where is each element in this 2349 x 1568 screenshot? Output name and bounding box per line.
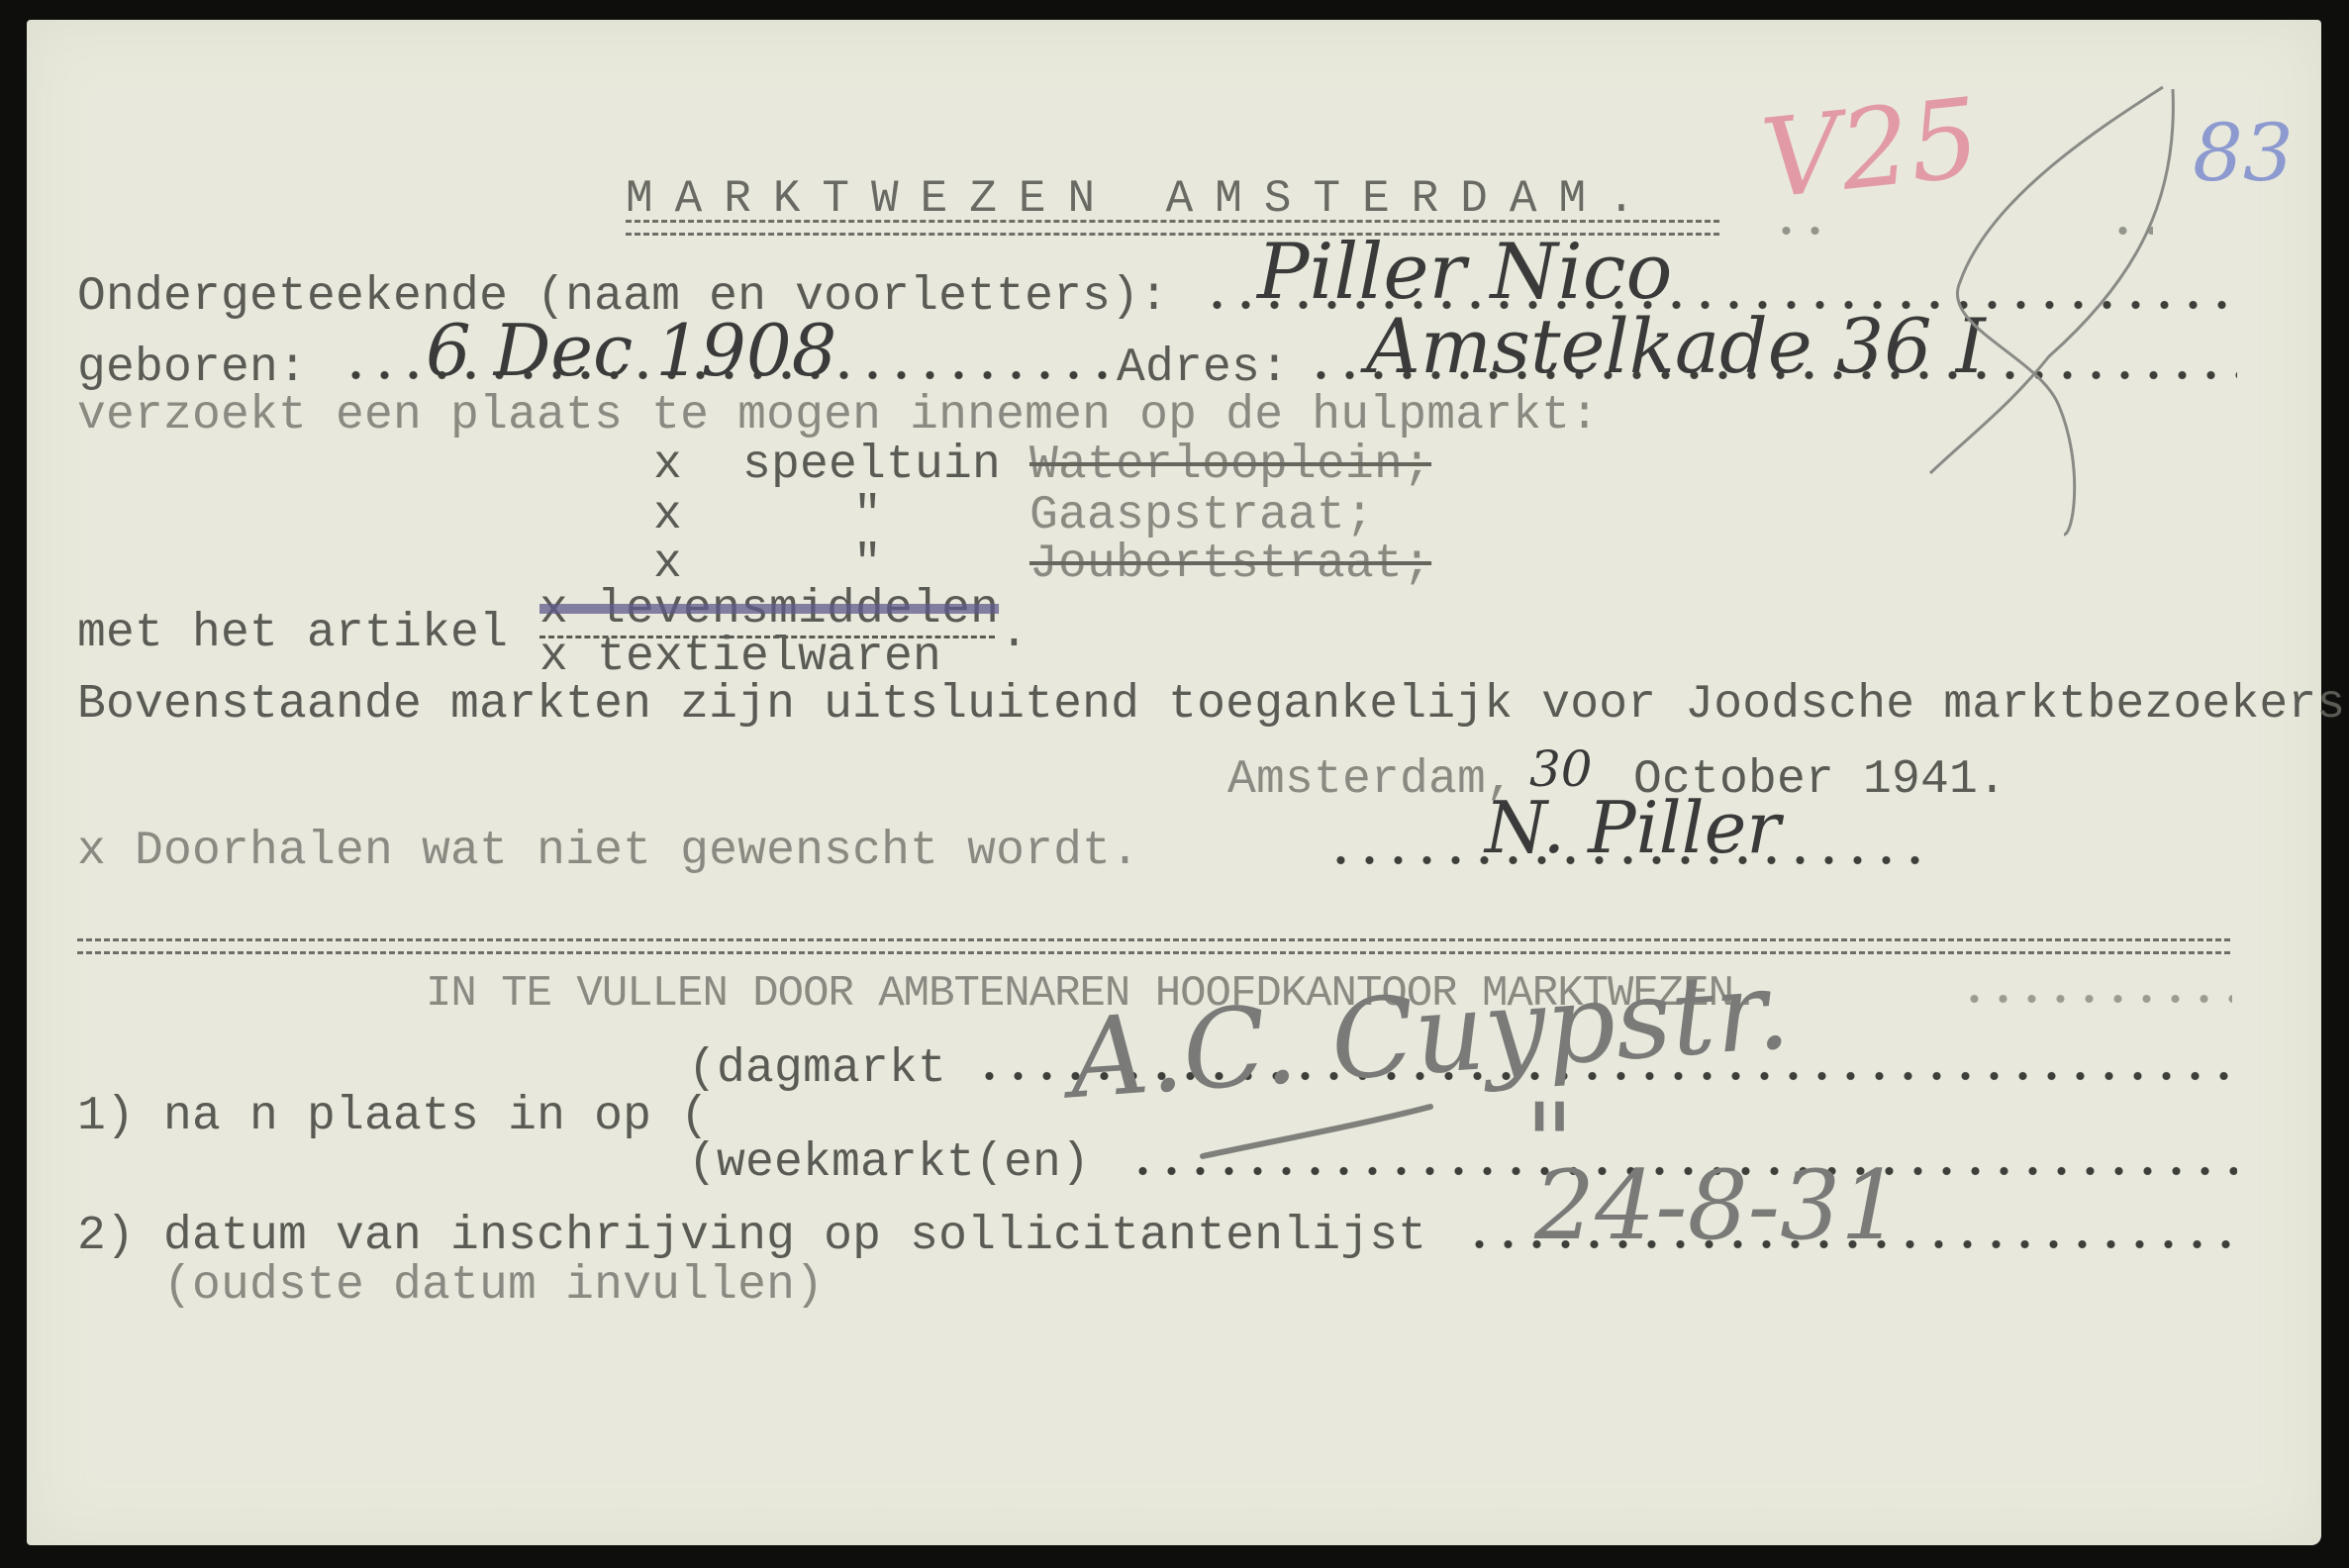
born-value: 6 Dec 1908 (426, 315, 836, 386)
market-3-name: Joubertstraat; (1029, 540, 1431, 588)
market-1-name: Waterlooplein; (1029, 441, 1431, 489)
market-2-name: Gaaspstraat; (1029, 492, 1374, 539)
place-city: Amsterdam, (1227, 756, 1515, 804)
heading-trailing-dots (1960, 994, 2232, 1004)
item-2-label: 2) datum van inschrijving op sollicitant… (77, 1213, 1426, 1260)
market-3-ditto: " (853, 540, 882, 588)
title-trailing-dash (2108, 226, 2153, 236)
article-label: met het artikel (77, 610, 508, 657)
market-2-marker: x (653, 492, 682, 539)
blue-pencil-mark: 83 (2193, 114, 2294, 193)
born-label: geboren: (77, 344, 307, 392)
exclusive-access-notice: Bovenstaande markten zijn uitsluitend to… (77, 681, 2349, 729)
strike-instruction: x Doorhalen wat niet gewenscht wordt. (77, 828, 1139, 875)
address-value: Amstelkade 36 I (1366, 309, 1986, 384)
item-1-label: 1) na n plaats in op ( (77, 1093, 709, 1140)
market-1-marker: x (653, 441, 682, 489)
name-value: Piller Nico (1257, 234, 1672, 311)
section-separator (77, 938, 2230, 954)
market-2-ditto: " (853, 492, 882, 539)
title-trailing-dots (1772, 226, 1831, 236)
article-end: . (1000, 610, 1028, 657)
market-1-type: speeltuin (742, 441, 1001, 489)
item-2-sublabel: (oudste datum invullen) (163, 1262, 824, 1310)
signature: N. Piller (1485, 792, 1781, 863)
article-option-food: x levensmiddelen (539, 586, 999, 634)
dagmarkt-label: (dagmarkt (688, 1045, 946, 1093)
red-pencil-mark: V25 (1757, 83, 1985, 214)
market-3-marker: x (653, 540, 682, 588)
registration-date-value: 24-8-31 (1534, 1158, 1901, 1253)
document-title: MARKTWEZEN AMSTERDAM. (626, 176, 1657, 222)
weekmarkt-label: (weekmarkt(en) (688, 1139, 1090, 1187)
address-label: Adres: (1117, 344, 1289, 392)
request-line: verzoekt een plaats te mogen innemen op … (77, 392, 1599, 440)
article-option-textiles: x textielwaren (539, 634, 941, 681)
